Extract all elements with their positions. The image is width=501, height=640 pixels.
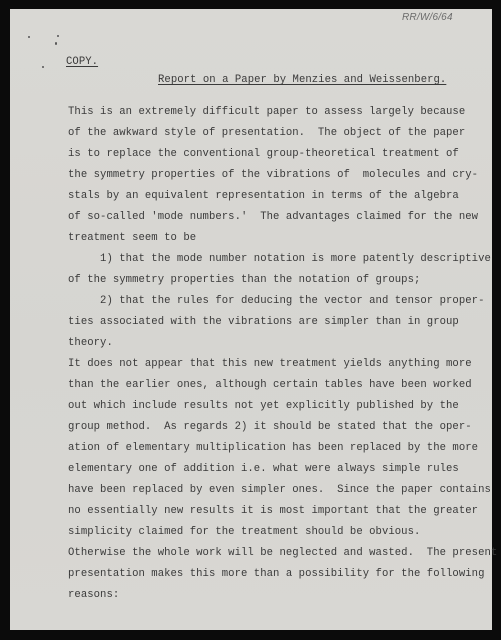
body-line: of the symmetry properties than the nota… [68,274,420,286]
body-line: simplicity claimed for the treatment sho… [68,526,420,538]
body-line: ation of elementary multiplication has b… [68,442,478,454]
body-line: group method. As regards 2) it should be… [68,421,472,433]
body-line: the symmetry properties of the vibration… [68,169,478,181]
body-line: out which include results not yet explic… [68,400,459,412]
mark-dot [55,42,57,45]
document-page: RR/W/6/64 COPY. Report on a Paper by Men… [10,9,492,630]
body-line: Otherwise the whole work will be neglect… [68,547,497,559]
body-line: 1) that the mode number notation is more… [68,253,491,265]
body-line: have been replaced by even simpler ones.… [68,484,491,496]
body-line: no essentially new results it is most im… [68,505,478,517]
body-line: theory. [68,337,113,349]
mark-dot [28,36,30,38]
body-line: is to replace the conventional group-the… [68,148,459,160]
body-line: reasons: [68,589,119,601]
body-line: 2) that the rules for deducing the vecto… [68,295,484,307]
archive-reference: RR/W/6/64 [402,12,453,23]
body-line: of so-called 'mode numbers.' The advanta… [68,211,478,223]
body-line: This is an extremely difficult paper to … [68,106,465,118]
mark-dot [42,66,44,68]
body-line: of the awkward style of presentation. Th… [68,127,465,139]
body-line: ties associated with the vibrations are … [68,316,459,328]
copy-label: COPY. [66,56,98,68]
body-line: It does not appear that this new treatme… [68,358,472,370]
mark-dot [57,35,59,37]
report-title: Report on a Paper by Menzies and Weissen… [158,74,446,86]
body-line: than the earlier ones, although certain … [68,379,472,391]
body-line: stals by an equivalent representation in… [68,190,459,202]
body-line: treatment seem to be [68,232,196,244]
body-line: presentation makes this more than a poss… [68,568,484,580]
body-line: elementary one of addition i.e. what wer… [68,463,459,475]
